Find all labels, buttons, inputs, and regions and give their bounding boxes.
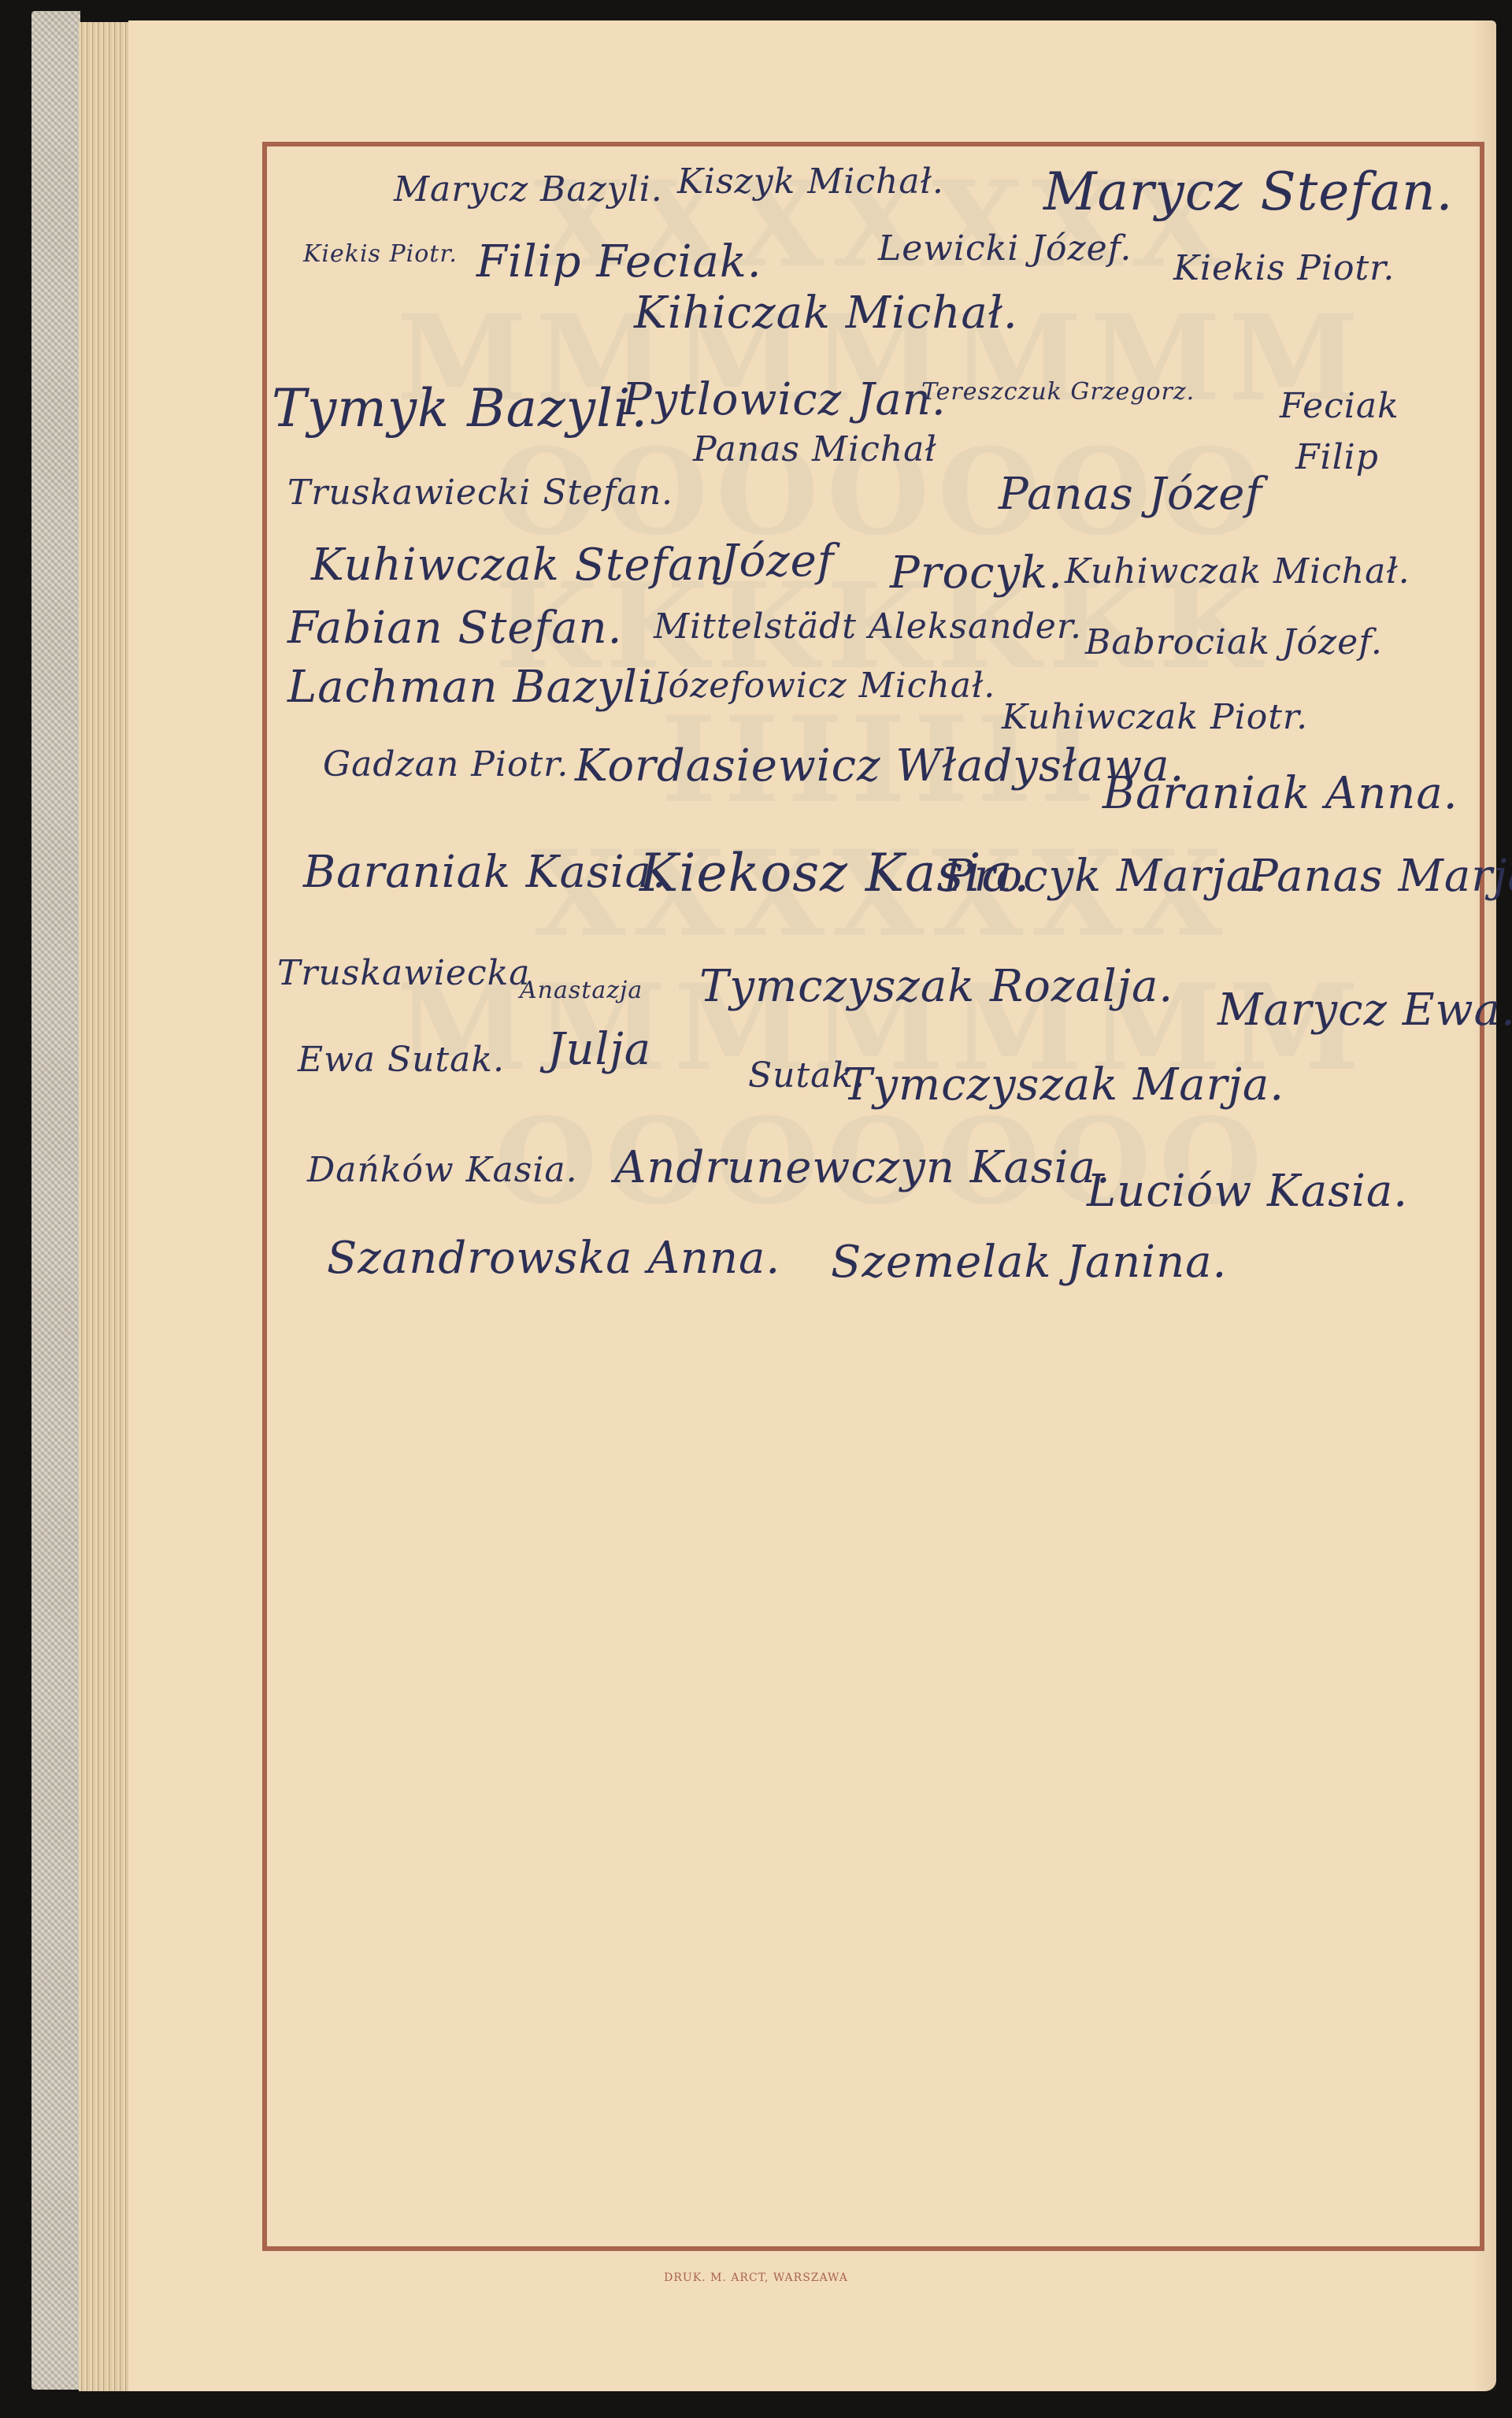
- signature-name: Pytlowicz Jan.: [622, 374, 947, 425]
- signature-name: Tymczyszak Marja.: [843, 1059, 1284, 1111]
- signature-name: Panas Michał: [693, 429, 937, 469]
- signature-name: Truskawiecka: [277, 953, 531, 993]
- signature-name: Kiekis Piotr.: [303, 240, 458, 268]
- signature-name: Gadzan Piotr.: [323, 744, 569, 784]
- signature-name: Tymczyszak Rozalja.: [699, 961, 1173, 1012]
- signature-name: Feciak: [1280, 386, 1399, 426]
- signature-name: Lewicki Józef.: [878, 228, 1132, 269]
- signature-name: Babrociak Józef.: [1085, 622, 1383, 662]
- signature-name: Marycz Stefan.: [1043, 161, 1454, 222]
- signature-name: Józefowicz Michał.: [654, 666, 995, 706]
- signature-name: Filip: [1295, 437, 1379, 477]
- signature-name: Panas Józef: [999, 469, 1262, 520]
- signature-name: Kuhiwczak Michał.: [1065, 551, 1410, 592]
- signature-name: Panas Marja.: [1248, 851, 1512, 902]
- signature-name: Baraniak Kasia.: [303, 847, 667, 898]
- signature-name: Fabian Stefan.: [287, 603, 622, 654]
- signature-name: Procyk.: [890, 547, 1063, 599]
- signature-name: Tereszczuk Grzegorz.: [921, 378, 1195, 406]
- signature-name: Lachman Bazyli.: [287, 662, 668, 713]
- book-spine-fabric: [31, 11, 80, 2390]
- signature-name: Kuhiwczak Piotr.: [1002, 697, 1308, 737]
- signature-name: Dańków Kasia.: [307, 1150, 578, 1190]
- signature-name: Marycz Ewa.: [1217, 985, 1512, 1036]
- signature-name: Szandrowska Anna.: [327, 1233, 780, 1284]
- signature-name: Luciów Kasia.: [1087, 1166, 1408, 1217]
- signature-name: Mittelstädt Aleksander.: [654, 606, 1082, 647]
- signature-name: Julja: [547, 1024, 651, 1075]
- page-edges: [79, 22, 129, 2391]
- signature-name: Kuhiwczak Stefan: [311, 540, 724, 591]
- printer-imprint: DRUK. M. ARCT, WARSZAWA: [0, 2272, 1512, 2284]
- signature-name: Anastazja: [520, 977, 643, 1004]
- signature-name: Baraniak Anna.: [1102, 768, 1458, 819]
- signature-name: Ewa Sutak.: [298, 1040, 505, 1080]
- signature-name: Andrunewczyn Kasia.: [614, 1142, 1111, 1193]
- signature-name: Kiekis Piotr.: [1173, 248, 1395, 288]
- signature-name: Marycz Bazyli.: [394, 169, 663, 210]
- signature-name: Kordasiewicz Władysława.: [575, 740, 1184, 792]
- signature-name: Kiszyk Michał.: [677, 161, 944, 202]
- signature-name: Szemelak Janina.: [831, 1237, 1227, 1288]
- signature-name: Filip Feciak.: [476, 236, 762, 287]
- signature-name: Tymyk Bazyli.: [272, 378, 648, 439]
- signature-name: Procyk Marja.: [943, 851, 1268, 902]
- signature-name: Truskawiecki Stefan.: [287, 473, 673, 513]
- signature-name: Józef: [721, 536, 835, 587]
- signature-name: Kihiczak Michał.: [634, 287, 1018, 339]
